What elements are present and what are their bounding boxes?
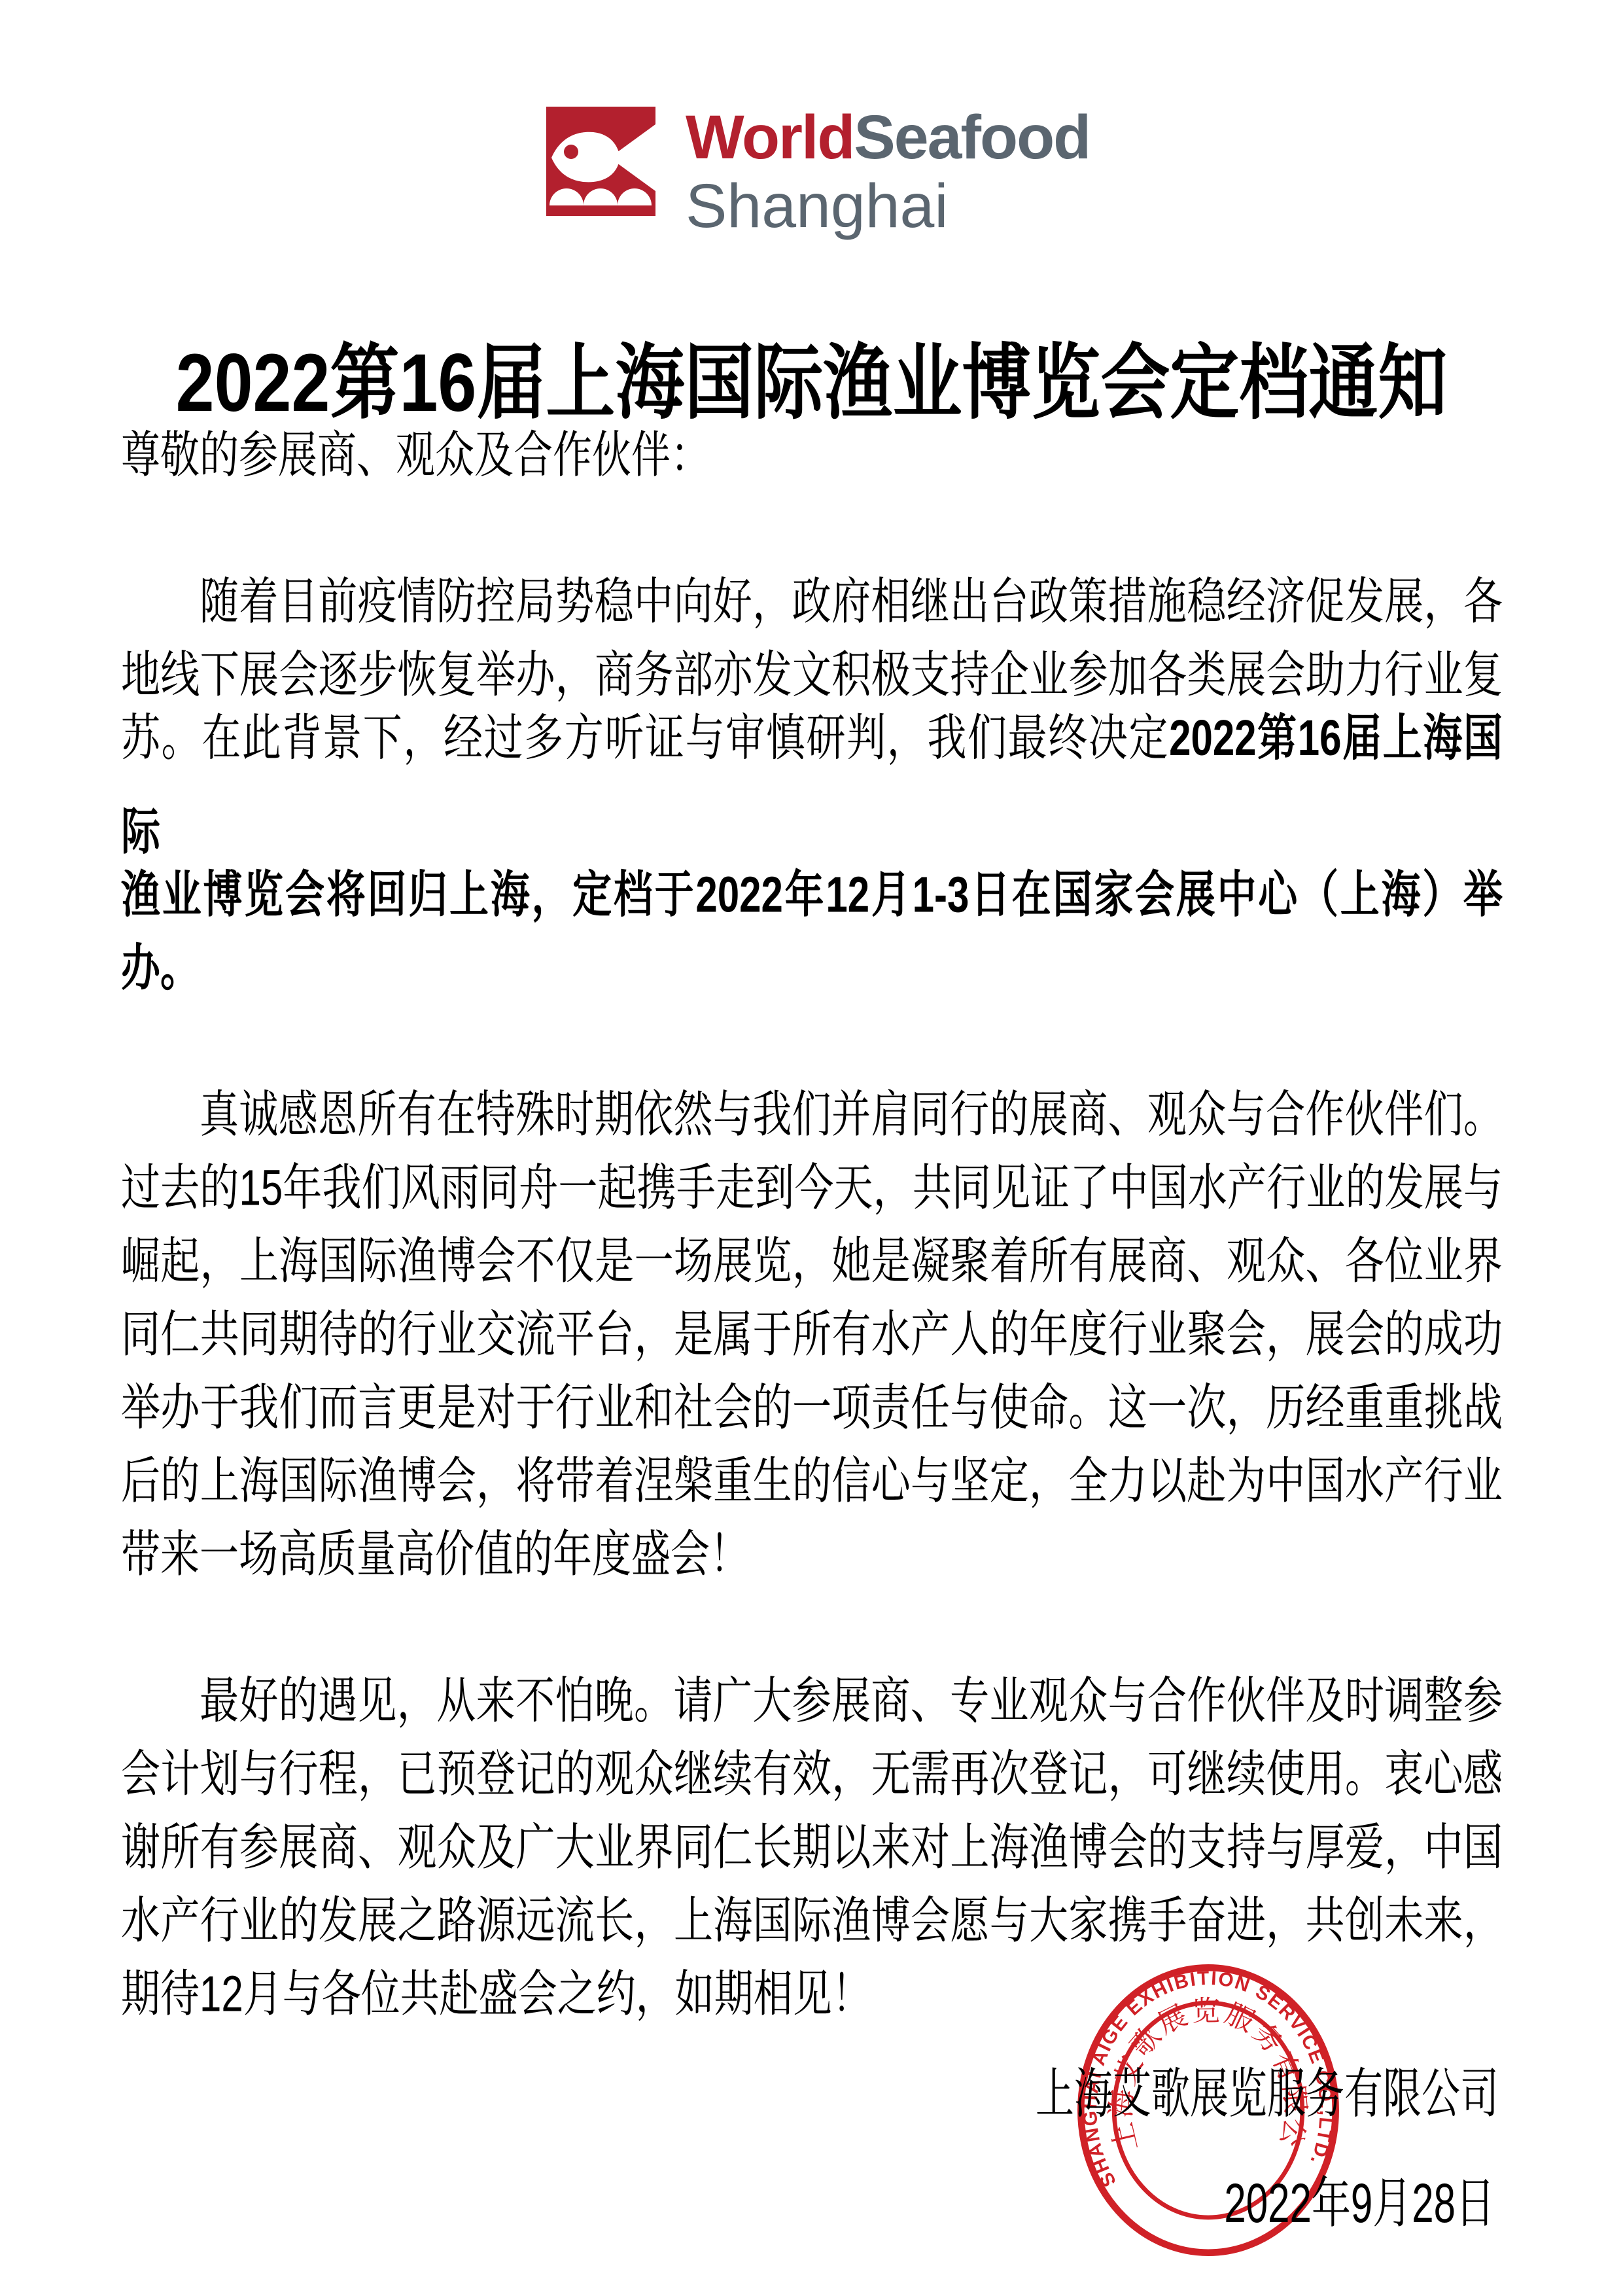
text-run: 最好的遇见，从来不怕晚。请广大参展商、专业观众与合作伙伴及时调整参 [200,1672,1503,1729]
paragraph: 随着目前疫情防控局势稳中向好，政府相继出台政策措施稳经济促发展，各地线下展会逐步… [121,565,1503,1005]
text-run: 带来一场高质量高价值的年度盛会！ [121,1526,749,1582]
text-run: 水产行业的发展之路源远流长，上海国际渔博会愿与大家携手奋进，共创未来， [121,1892,1503,1949]
logo-wordmark: WorldSeafood Shanghai [686,107,1090,238]
logo: WorldSeafood Shanghai [546,107,1090,238]
bold-text-run: 渔业博览会将回归上海，定档于2022年12月1-3日在国家会展中心（上海）举 [121,866,1503,923]
text-run: 期待12月与各位共赴盛会之约，如期相见！ [121,1966,871,2022]
letter-body: 尊敬的参展商、观众及合作伙伴： 随着目前疫情防控局势稳中向好，政府相继出台政策措… [121,419,1503,2031]
fish-waves-logo-icon [546,107,655,216]
logo-word-seafood: Seafood [854,103,1090,172]
logo-subtitle: Shanghai [686,175,1090,238]
text-run: 随着目前疫情防控局势稳中向好，政府相继出台政策措施稳经济促发展，各 [200,573,1503,629]
text-line: 带来一场高质量高价值的年度盛会！ [121,1508,1503,1601]
text-run: 苏。在此背景下，经过多方听证与审慎研判，我们最终决定 [121,710,1169,766]
logo-word-world: World [686,103,854,172]
company-stamp: SHANGHAI AIGE EXHIBITION SERVICE CO.,LTD… [1070,1955,1346,2265]
text-run: 同仁共同期待的行业交流平台，是属于所有水产人的年度行业聚会，展会的成功 [121,1306,1503,1362]
text-run: 会计划与行程，已预登记的观众继续有效，无需再次登记，可继续使用。衷心感 [121,1746,1503,1802]
text-run: 过去的15年我们风雨同舟一起携手走到今天，共同见证了中国水产行业的发展与 [121,1159,1503,1216]
text-run: 后的上海国际渔博会，将带着涅槃重生的信心与坚定，全力以赴为中国水产行业 [121,1453,1503,1509]
text-run: 真诚感恩所有在特殊时期依然与我们并肩同行的展商、观众与合作伙伴们。 [200,1086,1503,1142]
paragraph: 真诚感恩所有在特殊时期依然与我们并肩同行的展商、观众与合作伙伴们。过去的15年我… [121,1078,1503,1591]
text-run: 崛起，上海国际渔博会不仅是一场展览，她是凝聚着所有展商、观众、各位业界 [121,1233,1503,1289]
letter-page: WorldSeafood Shanghai 2022第16届上海国际渔业博览会定… [0,0,1623,2296]
text-run: 举办于我们而言更是对于行业和社会的一项责任与使命。这一次，历经重重挑战 [121,1379,1503,1436]
text-line: 办。 [121,921,1503,1015]
salutation: 尊敬的参展商、观众及合作伙伴： [121,408,1503,502]
logo-brand-line: WorldSeafood [686,107,1090,169]
bold-text-run: 办。 [121,940,200,996]
text-run: 谢所有参展商、观众及广大业界同仁长期以来对上海渔博会的支持与厚爱，中国 [121,1819,1503,1875]
